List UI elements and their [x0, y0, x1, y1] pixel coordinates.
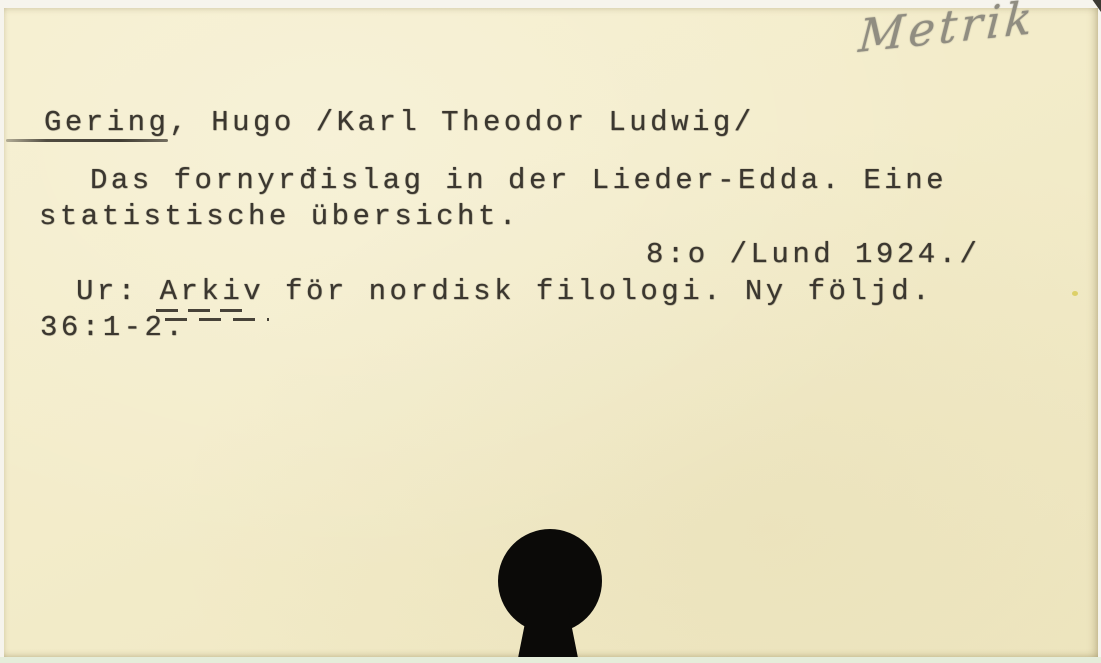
paper-speck	[1072, 291, 1078, 296]
source-prefix: Ur:	[76, 275, 160, 308]
author-surname: Gering	[44, 106, 169, 139]
scan-bottom-strip	[0, 657, 1101, 663]
keyhole-punch-icon	[495, 528, 605, 658]
source-rest: för nordisk filologi. Ny följd.	[264, 275, 933, 308]
source-volume: 36:1-2.	[40, 313, 186, 342]
imprint-line: 8:o /Lund 1924./	[646, 240, 980, 269]
source-line: Ur: Arkiv för nordisk filologi. Ny följd…	[76, 277, 933, 306]
handwritten-annotation: Metrik	[857, 0, 1038, 63]
journal-title: Arkiv	[160, 275, 265, 308]
title-line-1: Das fornyrđislag in der Lieder-Edda. Ein…	[90, 166, 947, 195]
author-underline	[6, 139, 168, 142]
author-forenames: , Hugo /Karl Theodor Ludwig/	[169, 106, 754, 139]
author-heading-line: Gering, Hugo /Karl Theodor Ludwig/	[44, 108, 755, 137]
card-scan-background: Metrik Gering, Hugo /Karl Theodor Ludwig…	[0, 0, 1101, 663]
title-line-2: statistische übersicht.	[39, 202, 520, 231]
